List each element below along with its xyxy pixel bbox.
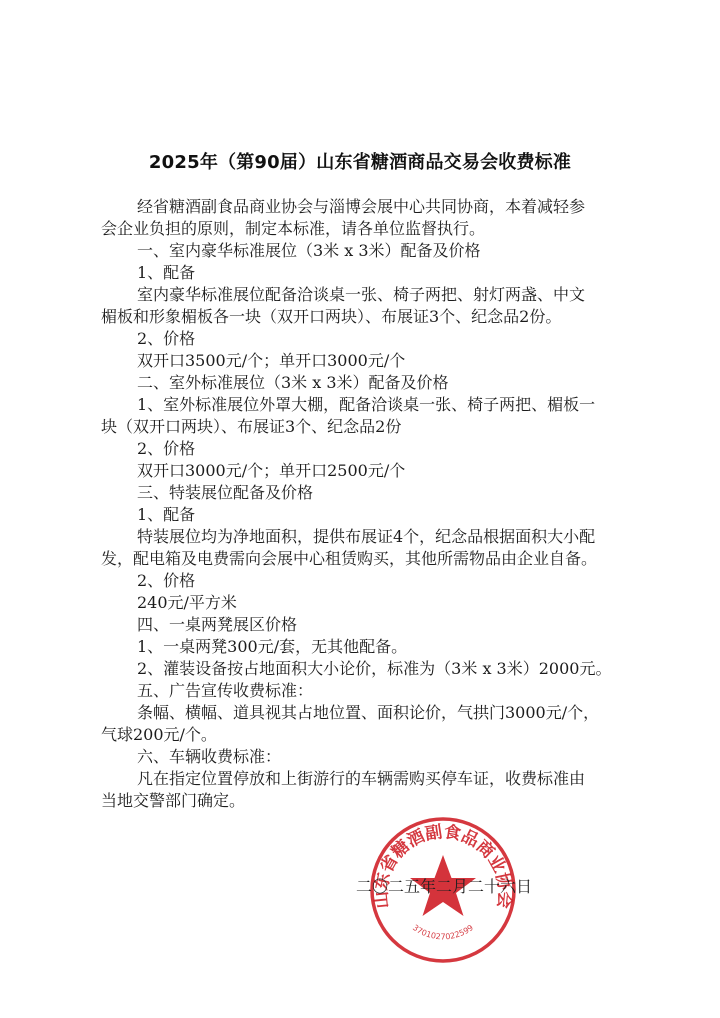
subsection-heading: 1、配备 <box>101 504 701 526</box>
document-title: 2025年（第90届）山东省糖酒商品交易会收费标准 <box>0 148 720 174</box>
seal-code: 3701027022599 <box>411 923 475 941</box>
body-line: 1、一桌两凳300元/套，无其他配备。 <box>101 636 701 658</box>
body-line: 楣板和形象楣板各一块（双开口两块）、布展证3个、纪念品2份。 <box>101 306 701 328</box>
body-line: 2、灌装设备按占地面积大小论价，标准为（3米 x 3米）2000元。 <box>101 658 701 680</box>
price-line: 双开口3500元/个；单开口3000元/个 <box>101 350 701 372</box>
section-heading: 一、室内豪华标准展位（3米 x 3米）配备及价格 <box>101 240 701 262</box>
section-heading: 六、车辆收费标准： <box>101 746 701 768</box>
body-line: 经省糖酒副食品商业协会与淄博会展中心共同协商，本着减轻参 <box>101 196 701 218</box>
section-heading: 二、室外标准展位（3米 x 3米）配备及价格 <box>101 372 701 394</box>
subsection-heading: 2、价格 <box>101 570 701 592</box>
section-heading: 五、广告宣传收费标准： <box>101 680 701 702</box>
price-line: 240元/平方米 <box>101 592 701 614</box>
section-heading: 四、一桌两凳展区价格 <box>101 614 701 636</box>
subsection-heading: 2、价格 <box>101 328 701 350</box>
body-line: 会企业负担的原则，制定本标准，请各单位监督执行。 <box>101 218 701 240</box>
section-heading: 三、特装展位配备及价格 <box>101 482 701 504</box>
subsection-heading: 1、配备 <box>101 262 701 284</box>
price-line: 双开口3000元/个；单开口2500元/个 <box>101 460 701 482</box>
document-body: 经省糖酒副食品商业协会与淄博会展中心共同协商，本着减轻参 会企业负担的原则，制定… <box>101 196 701 812</box>
subsection-heading: 2、价格 <box>101 438 701 460</box>
body-line: 当地交警部门确定。 <box>101 790 701 812</box>
body-line: 室内豪华标准展位配备洽谈桌一张、椅子两把、射灯两盏、中文 <box>101 284 701 306</box>
body-line: 发，配电箱及电费需向会展中心租赁购买，其他所需物品由企业自备。 <box>101 548 701 570</box>
body-line: 特装展位均为净地面积，提供布展证4个，纪念品根据面积大小配 <box>101 526 701 548</box>
body-line: 凡在指定位置停放和上街游行的车辆需购买停车证，收费标准由 <box>101 768 701 790</box>
body-line: 气球200元/个。 <box>101 724 701 746</box>
body-line: 条幅、横幅、道具视其占地位置、面积论价，气拱门3000元/个， <box>101 702 701 724</box>
document-date: 二〇二五年二月二十六日 <box>356 876 532 898</box>
body-line: 块（双开口两块）、布展证3个、纪念品2份 <box>101 416 701 438</box>
body-line: 1、室外标准展位外罩大棚，配备洽谈桌一张、椅子两把、楣板一 <box>101 394 701 416</box>
document-page: 2025年（第90届）山东省糖酒商品交易会收费标准 经省糖酒副食品商业协会与淄博… <box>0 0 720 1018</box>
